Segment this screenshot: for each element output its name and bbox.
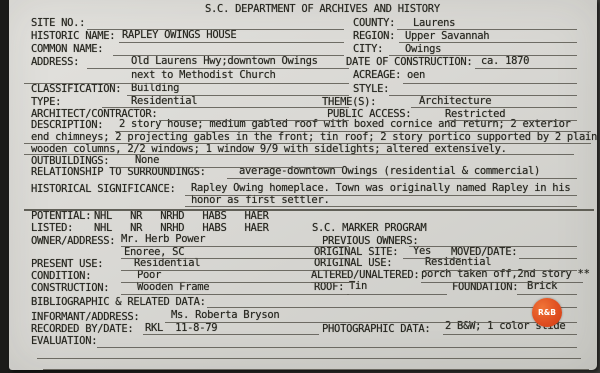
field-present-use-label: PRESENT USE:	[31, 259, 103, 270]
ruled-line	[447, 120, 577, 121]
field-present-use-value: Residential	[134, 258, 200, 269]
field-acreage-value: oen	[407, 70, 425, 81]
field-description-label: DESCRIPTION:	[31, 120, 103, 131]
ruled-line	[421, 282, 583, 283]
field-evaluation-label: EVALUATION:	[31, 336, 97, 347]
ruled-line	[423, 270, 577, 271]
ruled-line	[102, 107, 349, 108]
ruled-line	[165, 322, 349, 323]
ruled-line	[87, 29, 344, 30]
ruled-line	[409, 246, 577, 247]
ruled-line	[443, 334, 577, 335]
field-county-label: COUNTY:	[353, 18, 395, 29]
field-owner-address-label: OWNER/ADDRESS:	[31, 236, 115, 247]
field-acreage-label: ACREAGE:	[353, 70, 401, 81]
field-outbuildings-value: None	[135, 155, 159, 166]
field-region-value: Upper Savannah	[405, 31, 489, 42]
field-style-label: STYLE:	[353, 84, 389, 95]
field-owner-address-value-line1: Mr. Herb Power	[121, 234, 205, 245]
field-site-no-label: SITE NO.:	[31, 18, 85, 29]
ruled-line	[517, 294, 577, 295]
field-date-of-construction-label: DATE OF CONSTRUCTION:	[346, 57, 472, 68]
ruled-line	[397, 29, 577, 30]
ruled-line	[475, 68, 577, 69]
field-potential-options: NHL NR NRHD HABS HAER	[94, 211, 269, 222]
field-historic-name-value: RAPLEY OWINGS HOUSE	[122, 30, 236, 41]
ruled-line	[24, 143, 591, 144]
field-construction-label: CONSTRUCTION:	[31, 283, 109, 294]
ruled-line	[121, 246, 349, 247]
field-construction-value: Wooden Frame	[137, 282, 209, 293]
ruled-line	[411, 107, 577, 108]
field-historic-name-label: HISTORIC NAME:	[31, 31, 115, 42]
ruled-line	[159, 120, 349, 121]
field-condition-value: Poor	[137, 270, 161, 281]
field-foundation-label: FOUNDATION:	[452, 282, 518, 293]
field-recorded-by-date-value: RKL 11-8-79	[145, 323, 217, 334]
field-common-name-label: COMMON NAME:	[31, 44, 103, 55]
field-roof-label: ROOF:	[314, 282, 344, 293]
ruled-line	[24, 83, 349, 84]
ruled-line	[403, 258, 461, 259]
ruled-line	[43, 369, 589, 370]
ruled-line	[87, 68, 349, 69]
field-informant-address-value: Ms. Roberta Bryson	[171, 310, 279, 321]
ruled-line	[389, 55, 577, 56]
ruled-line	[207, 307, 577, 308]
field-photographic-data-label: PHOTOGRAPHIC DATA:	[322, 324, 430, 335]
field-county-value: Laurens	[413, 18, 455, 29]
ruled-line	[185, 206, 577, 207]
field-potential-label: POTENTIAL:	[31, 211, 91, 222]
ruled-line	[403, 83, 577, 84]
field-city-label: CITY:	[353, 44, 383, 55]
ruled-line	[389, 95, 577, 96]
field-historical-significance-line2: honor as first settler.	[191, 195, 330, 206]
ruled-line	[143, 334, 319, 335]
ruled-line	[97, 347, 577, 348]
ruled-line	[113, 55, 344, 56]
ruled-line	[115, 131, 591, 132]
field-marker-program-label: S.C. MARKER PROGRAM	[312, 223, 426, 234]
field-relationship-label: RELATIONSHIP TO SURROUNDINGS:	[31, 167, 206, 178]
field-condition-label: CONDITION:	[31, 271, 91, 282]
ruled-line	[24, 154, 574, 155]
field-address-label: ADDRESS:	[31, 57, 79, 68]
ruled-line	[127, 95, 349, 96]
ruled-line	[113, 167, 344, 168]
field-city-value: Owings	[405, 44, 441, 55]
watermark-text: R&B	[538, 308, 556, 317]
ruled-line	[121, 294, 349, 295]
field-recorded-by-date-label: RECORDED BY/DATE:	[31, 324, 133, 335]
field-historical-significance-label: HISTORICAL SIGNIFICANCE:	[31, 184, 176, 195]
survey-card: S.C. DEPARTMENT OF ARCHIVES AND HISTORY …	[9, 0, 597, 370]
ruled-line	[347, 294, 447, 295]
field-type-label: TYPE:	[31, 97, 61, 108]
field-original-use-label: ORIGINAL USE:	[314, 258, 392, 269]
ruled-line	[227, 178, 577, 179]
field-informant-address-label: INFORMANT/ADDRESS:	[31, 312, 139, 323]
field-address-value-line1: Old Laurens Hwy;downtown Owings	[131, 56, 318, 67]
ruled-line	[119, 42, 344, 43]
ruled-line	[121, 258, 349, 259]
field-classification-label: CLASSIFICATION:	[31, 84, 121, 95]
section-divider-line	[24, 209, 594, 211]
form-title: S.C. DEPARTMENT OF ARCHIVES AND HISTORY	[205, 4, 440, 15]
field-listed-label: LISTED:	[31, 223, 73, 234]
watermark-badge: R&B	[532, 298, 562, 327]
scanned-survey-card-photo: { "title": "S.C. DEPARTMENT OF ARCHIVES …	[0, 0, 600, 373]
field-address-value-line2: next to Methodist Church	[131, 70, 276, 81]
field-classification-value: Building	[131, 83, 179, 94]
ruled-line	[399, 42, 577, 43]
field-bibliographic-label: BIBLIOGRAPHIC & RELATED DATA:	[31, 297, 206, 308]
field-description-line2: end chimneys; 2 projecting gables in the…	[31, 132, 597, 143]
field-date-of-construction-value: ca. 1870	[481, 56, 529, 67]
ruled-line	[519, 258, 577, 259]
field-region-label: REGION:	[353, 31, 395, 42]
field-historical-significance-line1: Rapley Owing homeplace. Town was origina…	[191, 183, 570, 194]
ruled-line	[121, 270, 349, 271]
ruled-line	[185, 195, 577, 196]
field-type-value: Residential	[131, 96, 197, 107]
ruled-line	[311, 282, 355, 283]
ruled-line	[37, 358, 581, 359]
field-theme-value: Architecture	[419, 96, 491, 107]
